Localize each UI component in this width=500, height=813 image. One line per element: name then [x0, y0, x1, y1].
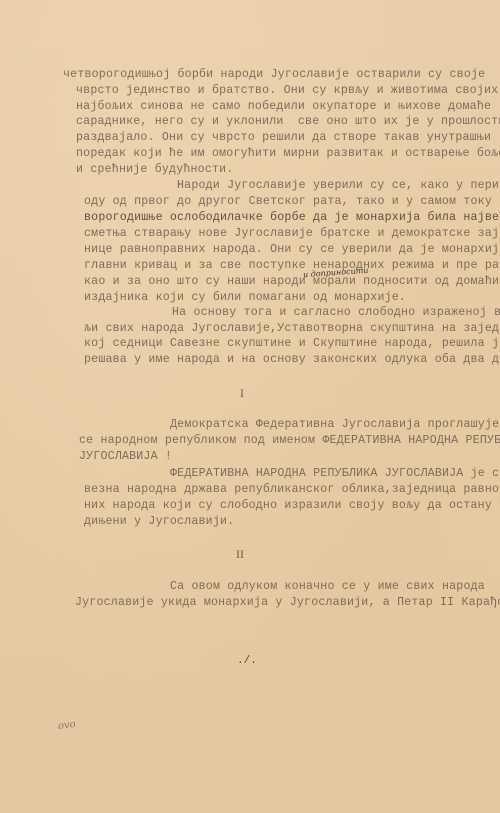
text-line: везна народна држава републиканског обли…	[84, 483, 500, 497]
text-line: љи свих народа Југославије,Уставотворна …	[84, 322, 500, 336]
text-line: Народи Југославије уверили су се, како у…	[177, 179, 500, 193]
continuation-mark: ./.	[237, 655, 257, 667]
text-line: ФЕДЕРАТИВНА НАРОДНА РЕПУБЛИКА ЈУГОСЛАВИЈ…	[170, 467, 500, 481]
text-line: ЈУГОСЛАВИЈА !	[79, 450, 172, 464]
text-line: сметња стварању нове Југославије братске…	[84, 227, 500, 241]
section-heading: I	[240, 386, 244, 401]
text-line: них народа који су слободно изразили сво…	[84, 499, 500, 513]
text-line: четворогодишњој борби народи Југославије…	[63, 68, 485, 82]
section-heading: II	[236, 547, 244, 562]
text-line: и срећније будућности.	[76, 163, 233, 177]
text-line: дињени у Југославији.	[84, 515, 234, 529]
text-line: решава у име народа и на основу законски…	[84, 353, 500, 367]
text-line: Југославије укида монархија у Југославиј…	[75, 596, 500, 610]
document-page: четворогодишњој борби народи Југославије…	[0, 0, 500, 813]
pencil-note: ovo	[57, 719, 76, 732]
text-line: нице равноправних народа. Они су се увер…	[84, 243, 500, 257]
text-line: Демократска Федеративна Југославија прог…	[170, 418, 499, 432]
text-line: сараднике, него су и уклонили све оно шт…	[76, 115, 500, 129]
text-line: оду од првог до другог Светског рата, та…	[84, 195, 500, 209]
text-line: издајника који су били помагани од монар…	[84, 291, 406, 305]
text-line: као и за оно што су наши народи морали п…	[84, 275, 500, 289]
text-line: чврсто јединство и братство. Они су крвљ…	[76, 84, 498, 98]
text-line: се народном републиком под именом ФЕДЕРА…	[79, 434, 500, 448]
text-line: кој седници Савезне скупштине и Скупштин…	[84, 337, 500, 351]
text-line: поредак који ће им омогућити мирни разви…	[76, 147, 500, 161]
text-line: Са овом одлуком коначно се у име свих на…	[170, 580, 485, 594]
text-line: најбољих синова не само победили окупато…	[76, 100, 491, 114]
text-line: главни кривац и за све поступке ненародн…	[84, 259, 500, 273]
text-line: ворогодишње ослободилачке борбе да је мо…	[84, 211, 500, 225]
text-line: На основу тога и сагласно слободно израж…	[172, 306, 500, 320]
text-line: раздвајало. Они су чврсто решили да ство…	[76, 131, 491, 145]
